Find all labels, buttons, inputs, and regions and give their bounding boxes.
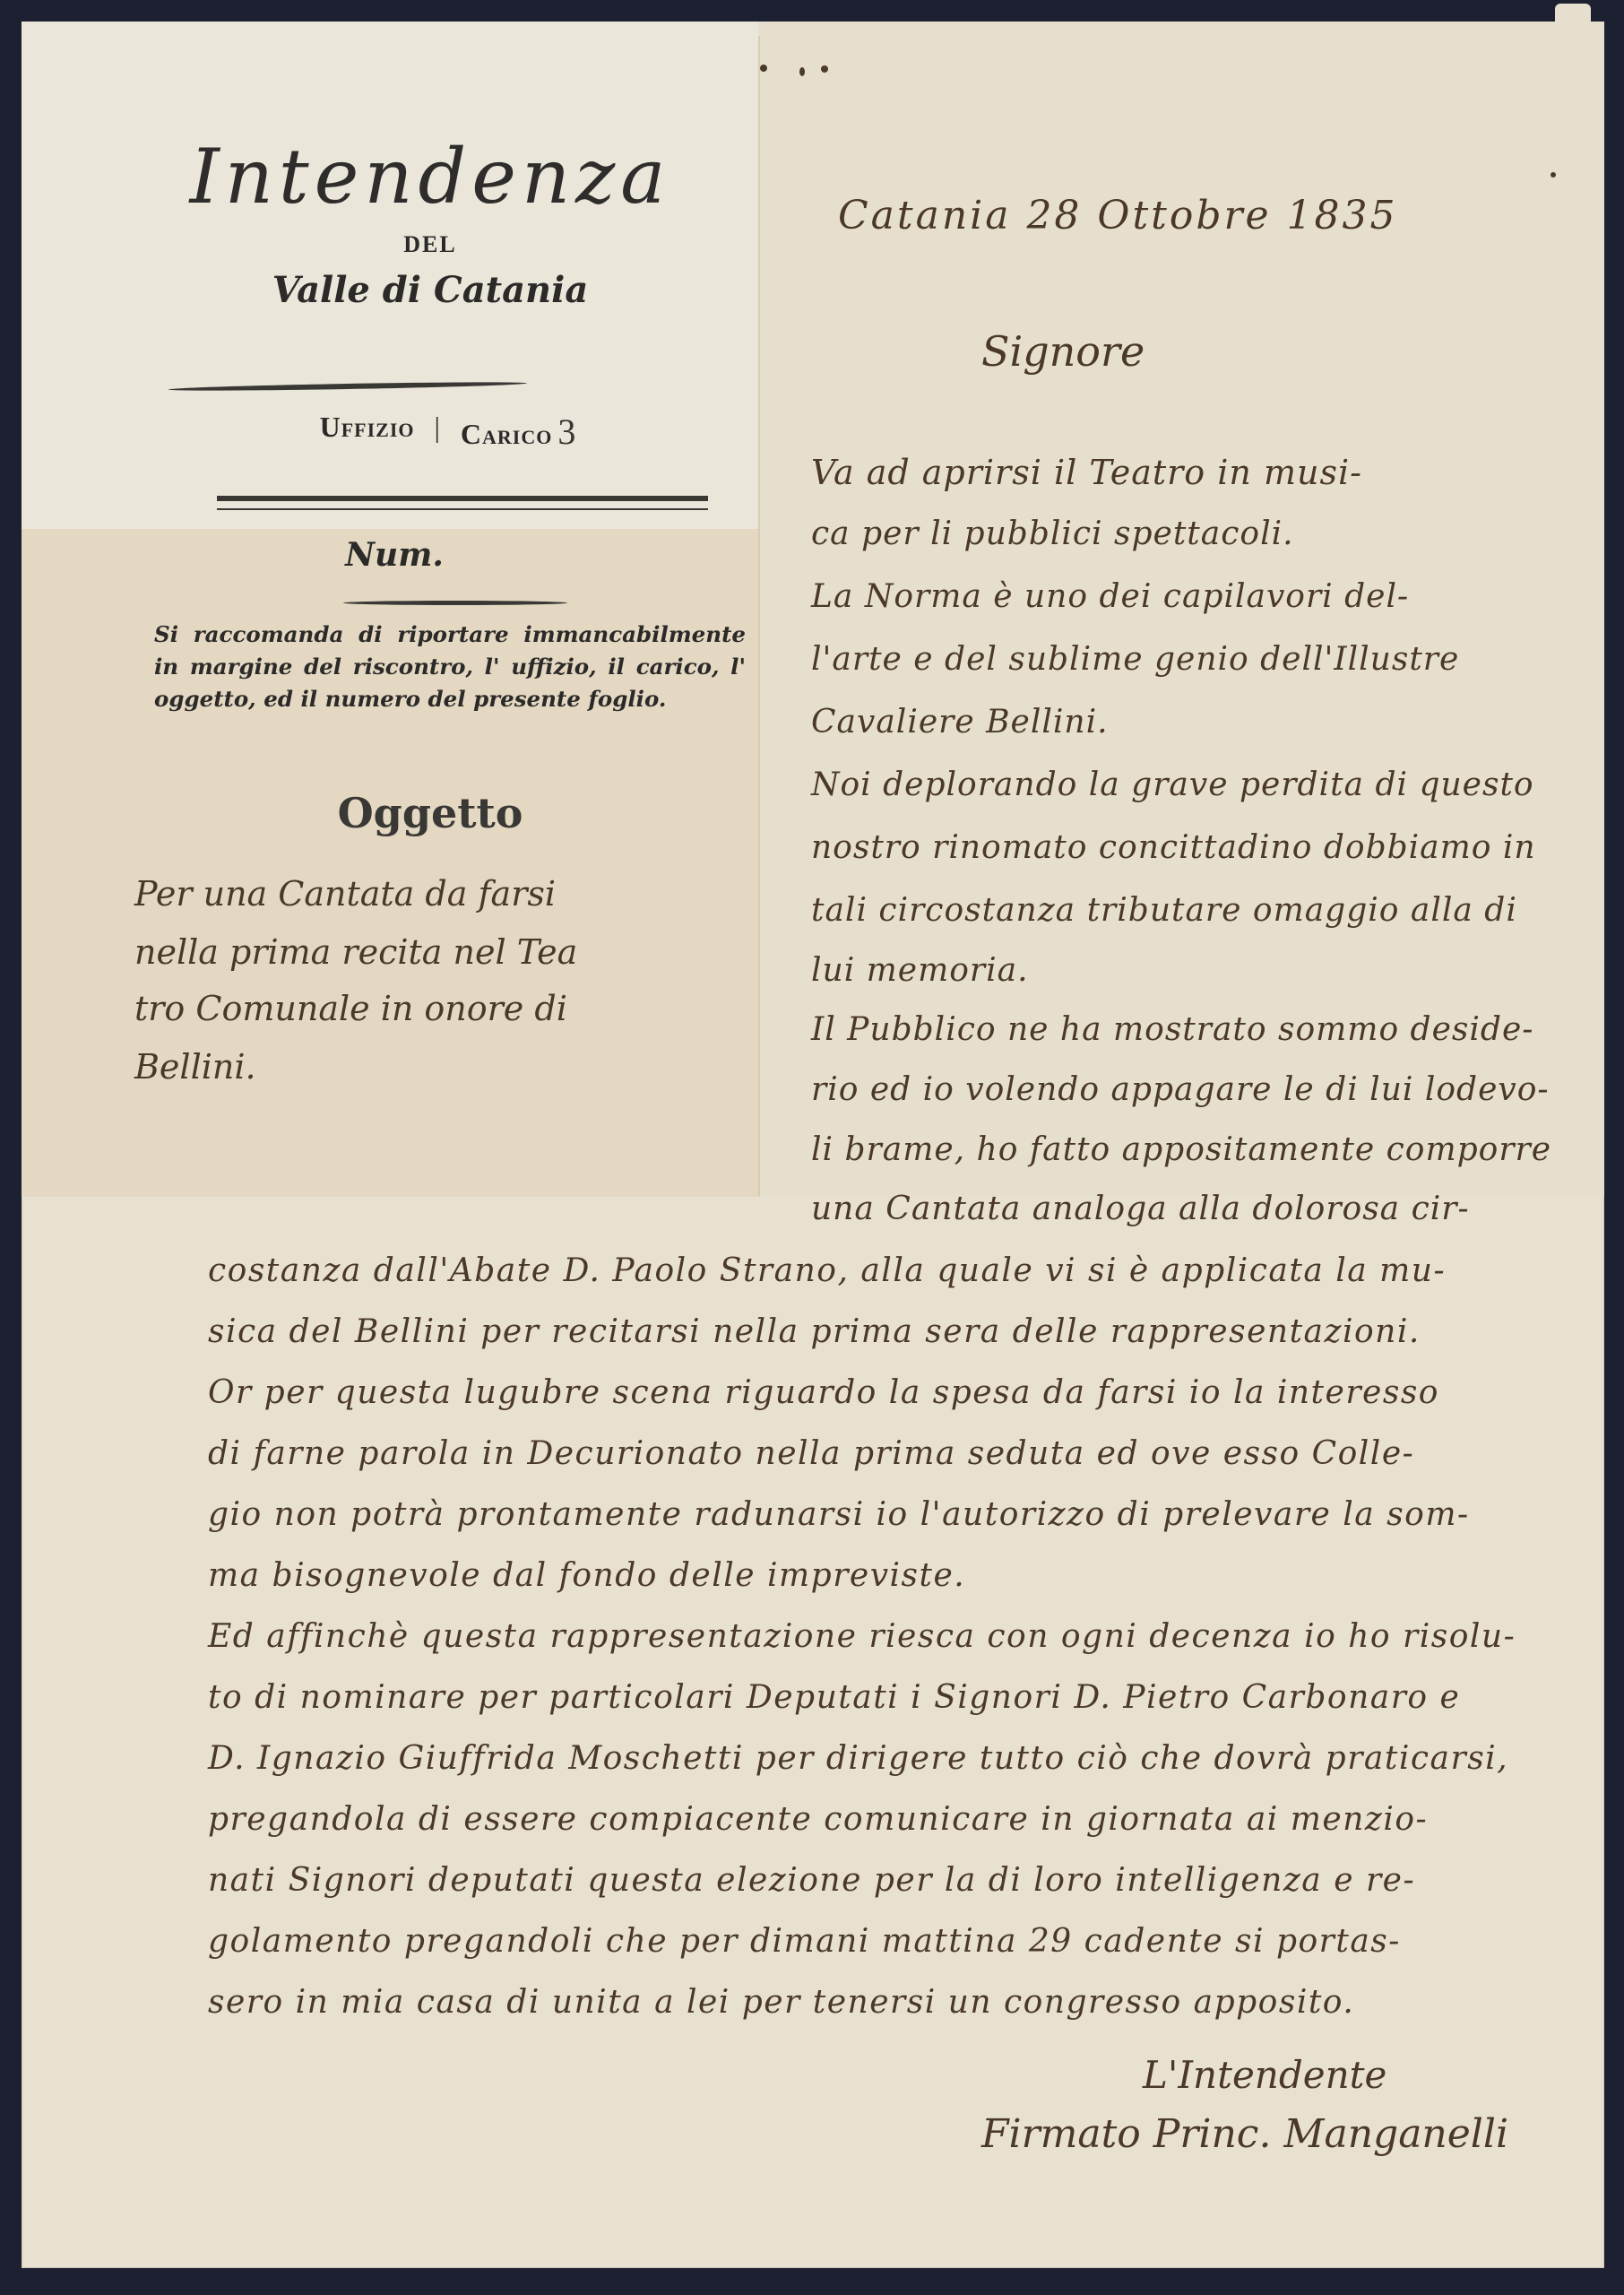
oggetto-line: tro Comunale in onore di xyxy=(134,989,567,1028)
oggetto-label: Oggetto xyxy=(296,789,565,837)
carico-value: 3 xyxy=(557,411,576,452)
oggetto-line: Bellini. xyxy=(134,1047,256,1087)
num-label: Num. xyxy=(305,536,484,574)
body-line: tali circostanza tributare omaggio alla … xyxy=(811,892,1517,929)
body-line: La Norma è uno dei capilavori del- xyxy=(811,578,1409,615)
body-line: ma bisognevole dal fondo delle imprevist… xyxy=(208,1557,965,1594)
signature: Firmato Princ. Manganelli xyxy=(981,2111,1508,2157)
letterhead-del: DEL xyxy=(224,231,636,258)
body-line: costanza dall'Abate D. Paolo Strano, all… xyxy=(208,1252,1446,1289)
body-line: gio non potrà prontamente radunarsi io l… xyxy=(208,1496,1470,1533)
ornament-swash-mid xyxy=(343,601,567,605)
body-line: D. Ignazio Giuffrida Moschetti per dirig… xyxy=(208,1740,1508,1777)
body-line: Il Pubblico ne ha mostrato sommo deside- xyxy=(811,1011,1533,1048)
body-line: to di nominare per particolari Deputati … xyxy=(208,1679,1460,1716)
place-date: Catania 28 Ottobre 1835 xyxy=(838,193,1398,238)
body-line: nati Signori deputati questa elezione pe… xyxy=(208,1862,1415,1899)
body-line: pregandola di essere compiacente comunic… xyxy=(208,1801,1428,1838)
oggetto-line: nella prima recita nel Tea xyxy=(134,932,577,972)
body-line: Noi deplorando la grave perdita di quest… xyxy=(811,766,1534,803)
body-line: Ed affinchè questa rappresentazione ries… xyxy=(208,1618,1516,1655)
letterhead-title: Intendenza xyxy=(134,133,726,221)
body-line: golamento pregandoli che per dimani matt… xyxy=(208,1923,1401,1960)
salutation: Signore xyxy=(981,327,1145,376)
closing-title: L'Intendente xyxy=(1143,2053,1386,2097)
body-line: Cavaliere Bellini. xyxy=(811,704,1109,740)
paper-seam xyxy=(758,36,760,1197)
uffizio-carico-row: Uffizio | Carico3 xyxy=(242,411,654,453)
oggetto-line: Per una Cantata da farsi xyxy=(134,874,556,914)
body-line: rio ed io volendo appagare le di lui lod… xyxy=(811,1071,1550,1108)
printed-notice: Si raccomanda di riportare immancabilmen… xyxy=(154,619,746,715)
body-line: una Cantata analoga alla dolorosa cir- xyxy=(811,1191,1470,1227)
body-line: Va ad aprirsi il Teatro in musi- xyxy=(811,453,1362,492)
letterhead-valle: Valle di Catania xyxy=(206,269,654,311)
letterhead-double-rule xyxy=(217,496,708,510)
uffizio-label: Uffizio xyxy=(320,411,415,453)
uffizio-separator: | xyxy=(435,411,441,453)
body-line: lui memoria. xyxy=(811,952,1029,989)
body-line: li brame, ho fatto appositamente comporr… xyxy=(811,1131,1551,1168)
body-line: Or per questa lugubre scena riguardo la … xyxy=(208,1374,1439,1411)
body-line: di farne parola in Decurionato nella pri… xyxy=(208,1435,1414,1472)
body-line: l'arte e del sublime genio dell'Illustre xyxy=(811,641,1459,678)
body-line: ca per li pubblici spettacoli. xyxy=(811,515,1294,552)
body-line: sica del Bellini per recitarsi nella pri… xyxy=(208,1313,1421,1350)
carico-label: Carico3 xyxy=(461,411,576,453)
body-line: nostro rinomato concittadino dobbiamo in xyxy=(811,829,1536,866)
body-line: sero in mia casa di unita a lei per tene… xyxy=(208,1984,1354,2021)
